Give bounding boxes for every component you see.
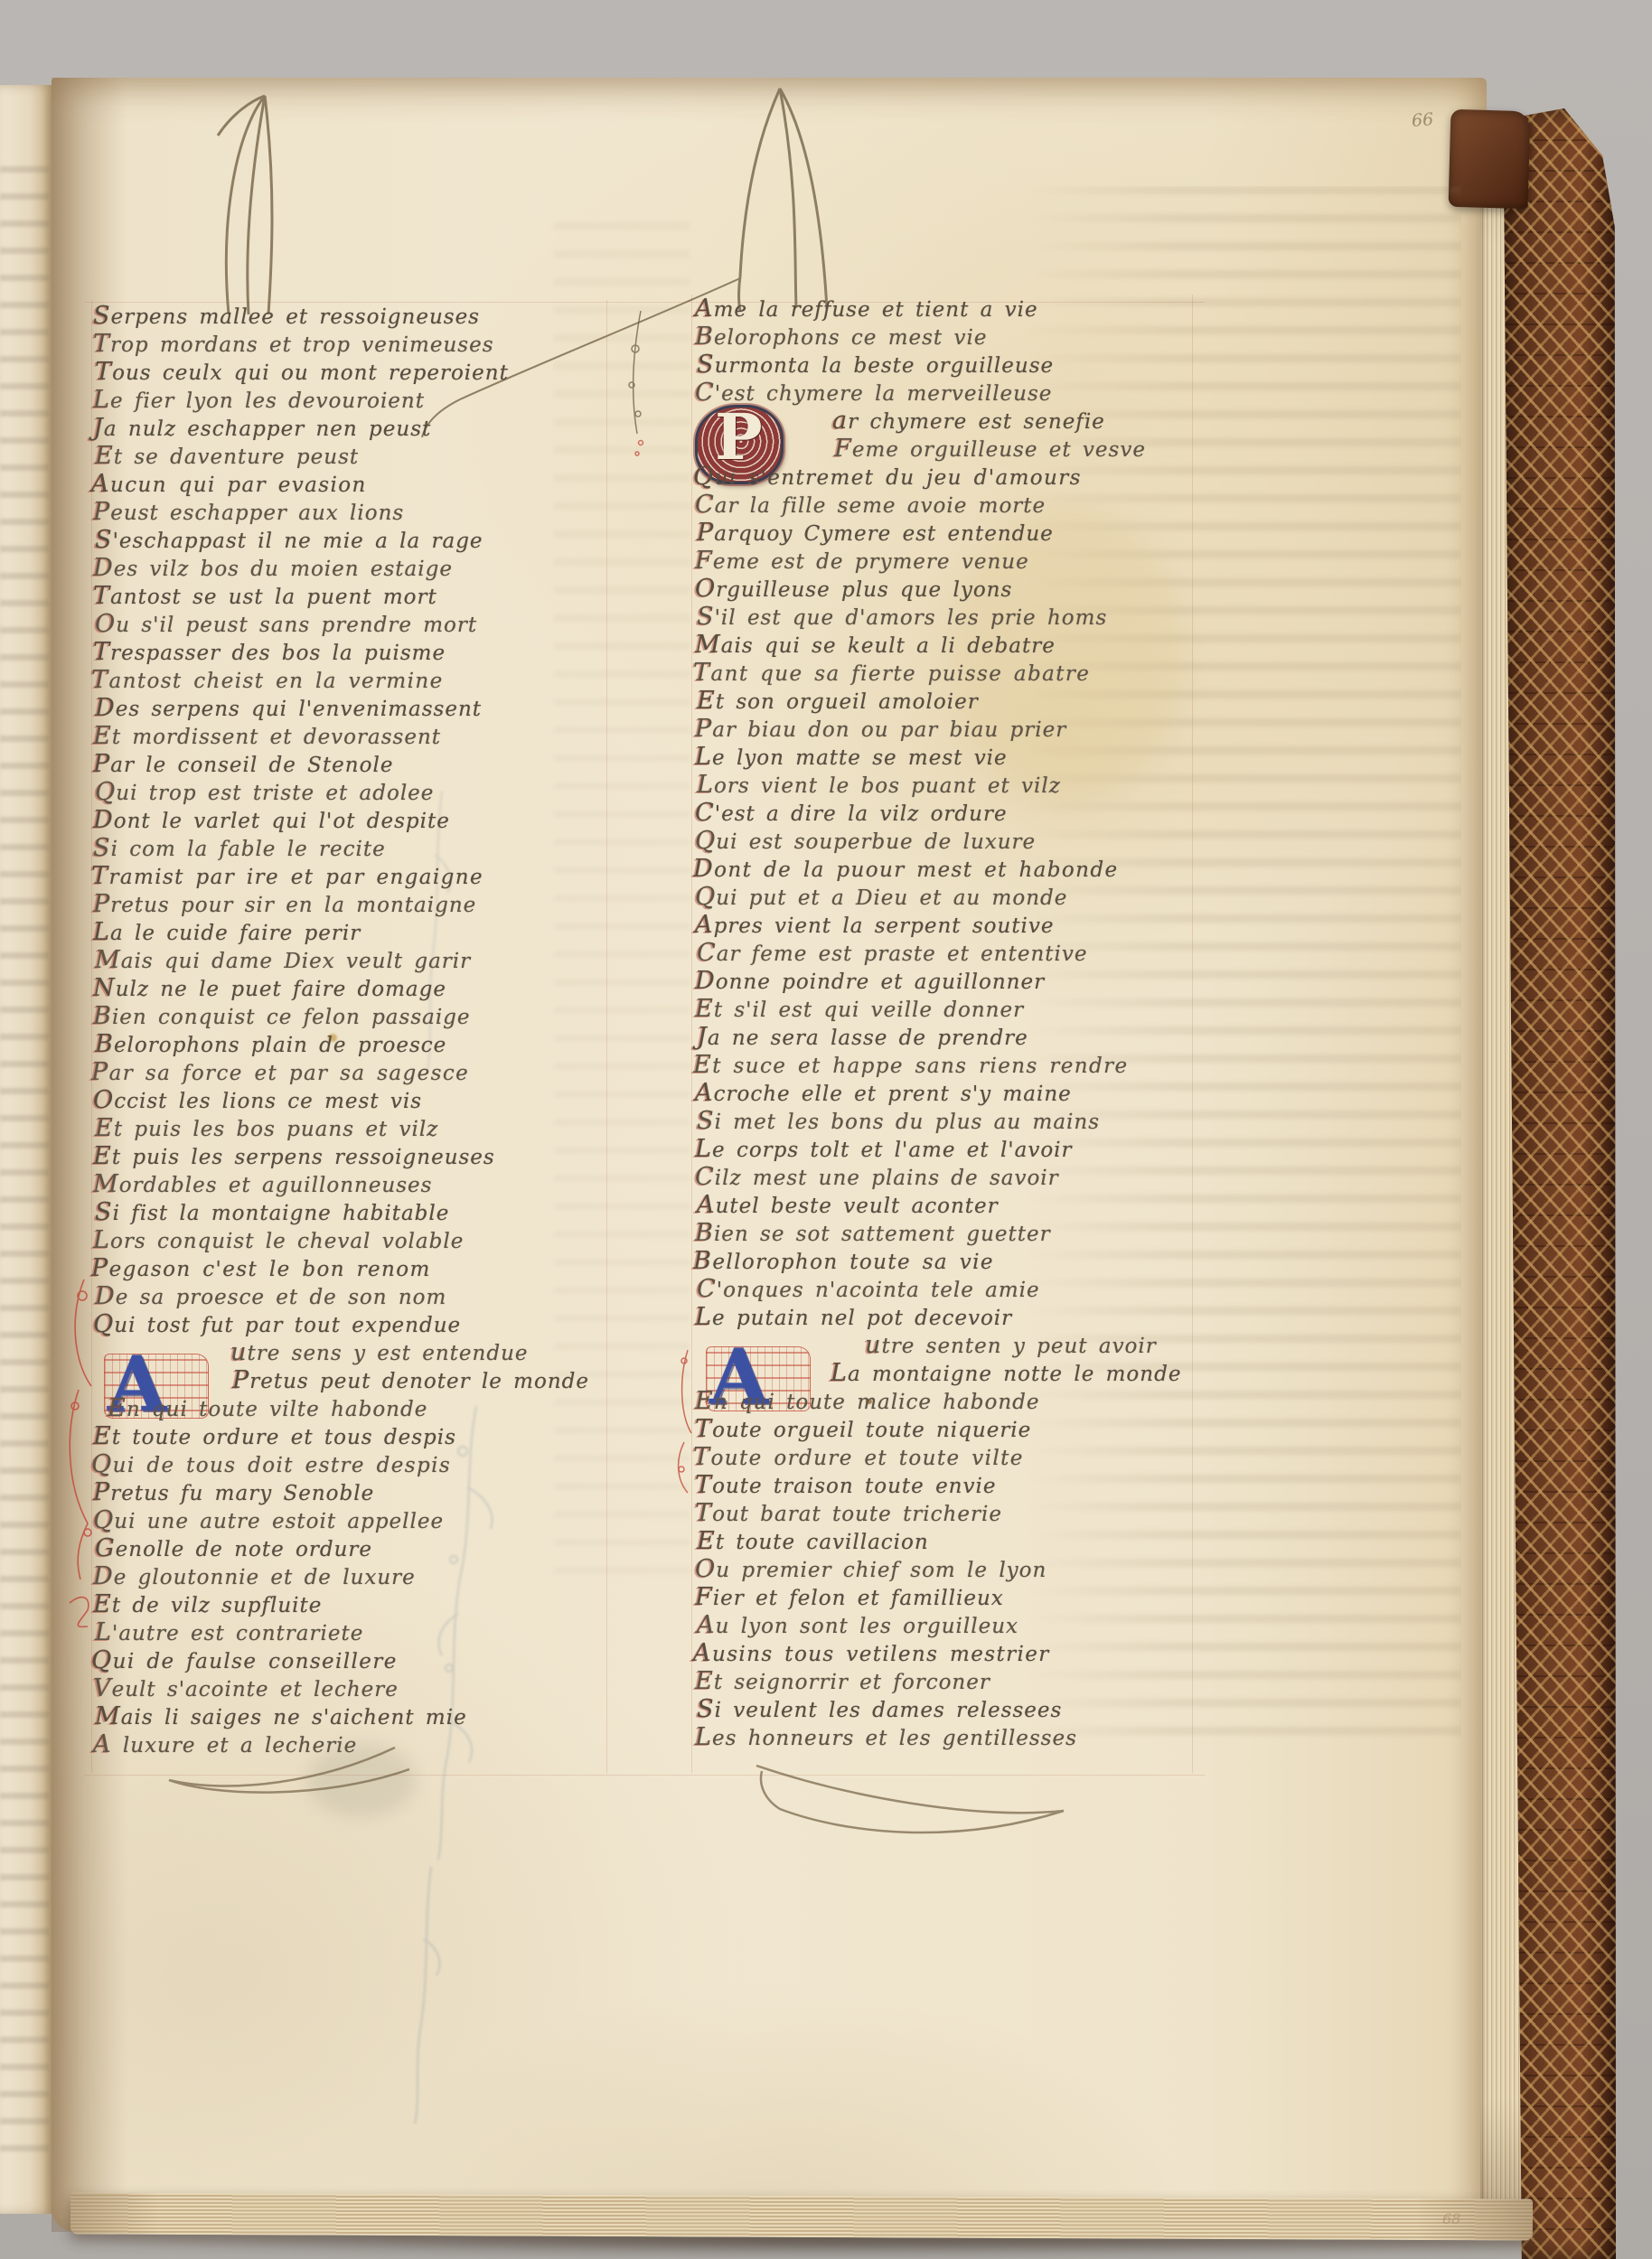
rubricated-initial-letter: F	[695, 1583, 713, 1611]
left-column-text: Serpens mallee et ressoigneusesTrop mord…	[93, 302, 617, 1758]
manuscript-line: De sa proesce et de son nom	[95, 1282, 619, 1310]
rubricated-initial-letter: C	[695, 491, 715, 519]
rubricated-initial-letter: B	[693, 1247, 712, 1275]
rubricated-initial-letter: E	[93, 1422, 112, 1450]
manuscript-line: Si fist la montaigne habitable	[95, 1198, 619, 1226]
rubricated-initial-letter: Q	[95, 778, 116, 806]
manuscript-line: Surmonta la beste orguilleuse	[697, 351, 1221, 379]
manuscript-line: En qui toute vilte habonde	[108, 1394, 617, 1422]
manuscript-line: De gloutonnie et de luxure	[93, 1562, 617, 1590]
manuscript-line: Et de vilz supfluite	[93, 1590, 617, 1618]
manuscript-line: Par sa force et par sa sagesce	[91, 1058, 615, 1086]
manuscript-line: S'il est que d'amors les prie homs	[697, 603, 1221, 631]
manuscript-line: Ja nulz eschapper nen peust	[93, 414, 617, 442]
manuscript-line: Trespasser des bos la puisme	[93, 638, 617, 666]
manuscript-line: Pretus fu mary Senoble	[93, 1478, 617, 1506]
rubricated-initial-letter: E	[693, 1051, 712, 1079]
rubricated-initial-letter: E	[95, 442, 114, 470]
manuscript-line: Pegason c'est le bon renom	[91, 1254, 615, 1282]
manuscript-line: Parquoy Cymere est entendue	[697, 519, 1221, 547]
manuscript-line: La montaigne notte le monde	[831, 1359, 1221, 1387]
folio-number: 66	[1411, 109, 1434, 131]
manuscript-line: Et son orgueil amoloier	[697, 687, 1221, 715]
manuscript-line: Qui put et a Dieu et au monde	[695, 883, 1219, 911]
manuscript-line: Et puis les serpens ressoigneuses	[93, 1142, 617, 1170]
manuscript-line: A luxure et a lecherie	[93, 1730, 617, 1758]
rubricated-initial-letter: P	[93, 890, 110, 918]
manuscript-line: Et suce et happe sans riens rendre	[693, 1051, 1217, 1079]
rubricated-initial-letter: L	[93, 386, 110, 414]
manuscript-line: Les honneurs et les gentillesses	[695, 1723, 1219, 1751]
manuscript-line: Tant que sa fierte puisse abatre	[693, 659, 1217, 687]
rubricated-initial-letter: O	[93, 1086, 114, 1114]
manuscript-line: Le corps tolt et l'ame et l'avoir	[695, 1135, 1219, 1163]
manuscript-line: Dont de la puour mest et habonde	[693, 855, 1217, 883]
rubricated-initial-letter: S	[95, 526, 113, 554]
rubricated-initial-letter: B	[93, 1002, 112, 1030]
rubricated-initial-letter: A	[693, 1639, 712, 1667]
manuscript-line: Qui s'entremet du jeu d'amours	[693, 463, 1217, 491]
rubricated-initial-letter: L	[695, 743, 712, 771]
manuscript-line: Mais qui dame Diex veult garir	[95, 946, 619, 974]
rubricated-initial-letter: S	[697, 351, 715, 379]
rubricated-initial-letter: C	[695, 379, 715, 407]
manuscript-line: C'onques n'acointa tele amie	[697, 1275, 1221, 1303]
rubricated-initial-letter: M	[93, 1170, 119, 1198]
rubricated-initial-letter: L	[695, 1135, 712, 1163]
rubricated-initial-letter: E	[93, 1142, 112, 1170]
manuscript-line: Toute orgueil toute niquerie	[695, 1415, 1219, 1443]
page-stack-bottom-edge	[70, 2192, 1533, 2240]
manuscript-line: Genolle de note ordure	[95, 1534, 619, 1562]
rubricated-initial-letter: O	[95, 610, 116, 638]
rubricated-initial-letter: S	[93, 834, 111, 862]
rubricated-initial-letter: T	[91, 666, 109, 694]
manuscript-line: Ou s'il peust sans prendre mort	[95, 610, 619, 638]
manuscript-line: L'autre est contrariete	[95, 1618, 619, 1646]
manuscript-line: La le cuide faire perir	[93, 918, 617, 946]
ruling-line	[91, 300, 92, 1773]
manuscript-line: Lors vient le bos puant et vilz	[697, 771, 1221, 799]
rubricated-initial-letter: T	[695, 1415, 712, 1443]
manuscript-line: utre sens y est entendue	[230, 1338, 617, 1366]
rubricated-initial-letter: Q	[693, 463, 715, 491]
rubricated-initial-letter: L	[695, 1303, 712, 1331]
rubricated-initial-letter: C	[695, 1163, 715, 1191]
manuscript-line: Tous ceulx qui ou mont reperoient	[95, 358, 619, 386]
manuscript-line: Feme est de prymere venue	[695, 547, 1219, 575]
rubricated-initial-letter: D	[93, 554, 114, 582]
manuscript-line: Donne poindre et aguillonner	[695, 967, 1219, 995]
manuscript-line: Belorophons ce mest vie	[695, 323, 1219, 351]
manuscript-line: Tantost cheist en la vermine	[91, 666, 615, 694]
manuscript-line: Veult s'acointe et lechere	[93, 1674, 617, 1702]
rubricated-initial-letter: L	[695, 1723, 712, 1751]
manuscript-line: ar chymere est senefie	[832, 407, 1219, 435]
rubricated-initial-letter: L	[93, 918, 110, 946]
rubricated-initial-letter: S	[697, 1107, 715, 1135]
rubricated-initial-letter: T	[93, 330, 110, 358]
rubricated-initial-letter: Q	[93, 1506, 114, 1534]
rubricated-initial-letter: C	[697, 1275, 717, 1303]
manuscript-line: Bien conquist ce felon passaige	[93, 1002, 617, 1030]
rubricated-initial-letter: T	[93, 582, 110, 610]
manuscript-line: C'est chymere la merveilleuse	[695, 379, 1219, 407]
rubricated-initial-letter: S	[697, 1695, 715, 1723]
rubricated-initial-letter: T	[91, 862, 109, 890]
manuscript-line: Trop mordans et trop venimeuses	[93, 330, 617, 358]
manuscript-line: Qui trop est triste et adolee	[95, 778, 619, 806]
manuscript-line: Et toute cavillacion	[697, 1527, 1221, 1555]
manuscript-line: Bien se sot sattement guetter	[695, 1219, 1219, 1247]
rubricated-initial-letter: P	[93, 750, 110, 778]
manuscript-line: Qui de faulse conseillere	[91, 1646, 615, 1674]
manuscript-line: Autel beste veult aconter	[697, 1191, 1221, 1219]
rubricated-initial-letter: F	[695, 547, 713, 575]
manuscript-line: Qui tost fut par tout expendue	[93, 1310, 617, 1338]
rubricated-initial-letter: O	[695, 1555, 716, 1583]
rubricated-initial-letter: J	[697, 1023, 708, 1051]
rubricated-initial-letter: B	[695, 323, 714, 351]
manuscript-line: Fier et felon et famillieux	[695, 1583, 1219, 1611]
rubricated-initial-letter: O	[695, 575, 716, 603]
rubricated-initial-letter: P	[91, 1254, 109, 1282]
manuscript-line: Ausins tous vetilens mestrier	[693, 1639, 1217, 1667]
manuscript-line: Au lyon sont les orguilleux	[697, 1611, 1221, 1639]
manuscript-line: Qui de tous doit estre despis	[91, 1450, 615, 1478]
rubricated-initial-letter: a	[832, 407, 848, 435]
rubricated-initial-letter: E	[697, 687, 716, 715]
rubricated-initial-letter: P	[93, 498, 110, 526]
manuscript-line: Tantost se ust la puent mort	[93, 582, 617, 610]
rubricated-initial-letter: E	[697, 1527, 716, 1555]
rubricated-initial-letter: M	[695, 631, 721, 659]
rubricated-initial-letter: E	[108, 1394, 127, 1422]
manuscript-line: Occist les lions ce mest vis	[93, 1086, 617, 1114]
manuscript-line: Serpens mallee et ressoigneuses	[93, 302, 617, 330]
manuscript-line: S'eschappast il ne mie a la rage	[95, 526, 619, 554]
manuscript-line: Lors conquist le cheval volable	[93, 1226, 617, 1254]
rubricated-initial-letter: T	[695, 1499, 712, 1527]
rubricated-initial-letter: Q	[91, 1450, 113, 1478]
rubricated-initial-letter: A	[697, 1191, 716, 1219]
rubricated-initial-letter: S	[95, 1198, 113, 1226]
rubricated-initial-letter: T	[695, 1471, 712, 1499]
manuscript-line: Ou premier chief som le lyon	[695, 1555, 1219, 1583]
manuscript-line: Ja ne sera lasse de prendre	[697, 1023, 1221, 1051]
rubricated-initial-letter: N	[93, 974, 116, 1002]
rubricated-initial-letter: V	[93, 1674, 112, 1702]
rubricated-initial-letter: Q	[695, 827, 716, 855]
rubricated-initial-letter: T	[95, 358, 112, 386]
rubricated-initial-letter: A	[695, 911, 714, 939]
leather-cover-edge	[1504, 108, 1616, 2259]
manuscript-line: Dont le varlet qui l'ot despite	[93, 806, 617, 834]
manuscript-line: Le fier lyon les devouroient	[93, 386, 617, 414]
rubricated-initial-letter: E	[695, 1387, 714, 1415]
rubricated-initial-letter: F	[834, 435, 852, 463]
manuscript-line: Et s'il est qui veille donner	[695, 995, 1219, 1023]
rubricated-initial-letter: S	[697, 603, 715, 631]
rubricated-initial-letter: T	[93, 638, 110, 666]
manuscript-line: Des vilz bos du moien estaige	[93, 554, 617, 582]
rubricated-initial-letter: E	[695, 995, 714, 1023]
rubricated-initial-letter: P	[697, 519, 714, 547]
rubricated-initial-letter: E	[695, 1667, 714, 1695]
rubricated-initial-letter: M	[95, 946, 121, 974]
manuscript-line: Mais qui se keult a li debatre	[695, 631, 1219, 659]
rubricated-initial-letter: A	[93, 1730, 112, 1758]
rubricated-initial-letter: E	[95, 1114, 114, 1142]
manuscript-line: Cilz mest une plains de savoir	[695, 1163, 1219, 1191]
rubricated-initial-letter: P	[93, 1478, 110, 1506]
rubricated-initial-letter: D	[93, 1562, 114, 1590]
manuscript-line: Nulz ne le puet faire domage	[93, 974, 617, 1002]
manuscript-line: Mais li saiges ne s'aichent mie	[95, 1702, 619, 1730]
manuscript-line: Le putain nel pot decevoir	[695, 1303, 1219, 1331]
manuscript-line: Et se daventure peust	[95, 442, 619, 470]
rubricated-initial-letter: L	[93, 1226, 110, 1254]
rubricated-initial-letter: Q	[91, 1646, 113, 1674]
rubricated-initial-letter: D	[693, 855, 714, 883]
rubricated-initial-letter: Q	[93, 1310, 114, 1338]
manuscript-line: Qui est souperbue de luxure	[695, 827, 1219, 855]
rubricated-initial-letter: A	[695, 295, 714, 323]
manuscript-line: Car la fille seme avoie morte	[695, 491, 1219, 519]
manuscript-line: Le lyon matte se mest vie	[695, 743, 1219, 771]
rubricated-initial-letter: M	[95, 1702, 121, 1730]
manuscript-line: Toute traison toute envie	[695, 1471, 1219, 1499]
manuscript-line: Si veulent les dames relessees	[697, 1695, 1221, 1723]
rubricated-initial-letter: L	[95, 1618, 112, 1646]
rubricated-initial-letter: S	[93, 302, 111, 330]
manuscript-line: C'est a dire la vilz ordure	[695, 799, 1219, 827]
rubricated-initial-letter: E	[93, 1590, 112, 1618]
manuscript-line: Orguilleuse plus que lyons	[695, 575, 1219, 603]
rubricated-initial-letter: L	[697, 771, 714, 799]
opposite-page-edge	[0, 85, 52, 2214]
rubricated-initial-letter: A	[697, 1611, 716, 1639]
rubricated-initial-letter: C	[697, 939, 717, 967]
manuscript-line: Si met les bons du plus au mains	[697, 1107, 1221, 1135]
manuscript-line: Car feme est praste et ententive	[697, 939, 1221, 967]
manuscript-line: Tout barat toute tricherie	[695, 1499, 1219, 1527]
rubricated-initial-letter: P	[232, 1366, 249, 1394]
manuscript-line: Toute ordure et toute vilte	[693, 1443, 1217, 1471]
rubricated-initial-letter: P	[91, 1058, 109, 1086]
rubricated-initial-letter: D	[95, 1282, 116, 1310]
manuscript-line: Et seignorrir et forconer	[695, 1667, 1219, 1695]
rubricated-initial-letter: Q	[695, 883, 716, 911]
manuscript-line: Ame la reffuse et tient a vie	[695, 295, 1219, 323]
manuscript-line: Peust eschapper aux lions	[93, 498, 617, 526]
rubricated-initial-letter: u	[230, 1338, 247, 1366]
rubricated-initial-letter: B	[95, 1030, 114, 1058]
manuscript-line: Acroche elle et prent s'y maine	[695, 1079, 1219, 1107]
rubricated-initial-letter: E	[93, 722, 112, 750]
manuscript-line: Des serpens qui l'envenimassent	[95, 694, 619, 722]
rubricated-initial-letter: D	[95, 694, 116, 722]
ruling-line	[691, 295, 692, 1773]
manuscript-line: En qui toute malice habonde	[695, 1387, 1219, 1415]
rubricated-initial-letter: B	[695, 1219, 714, 1247]
manuscript-line: Et toute ordure et tous despis	[93, 1422, 617, 1450]
manuscript-line: Qui une autre estoit appellee	[93, 1506, 617, 1534]
manuscript-line: Belorophons plain de proesce	[95, 1030, 619, 1058]
rubricated-initial-letter: u	[865, 1331, 881, 1359]
manuscript-line: Par le conseil de Stenole	[93, 750, 617, 778]
rubricated-initial-letter: D	[93, 806, 114, 834]
manuscript-line: Pretus peut denoter le monde	[232, 1366, 619, 1394]
manuscript-line: utre senten y peut avoir	[865, 1331, 1219, 1359]
rubricated-initial-letter: T	[693, 1443, 711, 1471]
right-column-text: Ame la reffuse et tient a vieBelorophons…	[695, 295, 1219, 1751]
manuscript-line: Feme orguilleuse et vesve	[834, 435, 1221, 463]
rubricated-initial-letter: C	[695, 799, 715, 827]
rubricated-initial-letter: A	[91, 470, 110, 498]
rubricated-initial-letter: T	[693, 659, 711, 687]
manuscript-line: Pretus pour sir en la montaigne	[93, 890, 617, 918]
manuscript-line: Aucun qui par evasion	[91, 470, 615, 498]
manuscript-line: Tramist par ire et par engaigne	[91, 862, 615, 890]
ruling-line	[84, 1775, 1205, 1776]
rubricated-initial-letter: J	[93, 414, 104, 442]
rubricated-initial-letter: D	[695, 967, 716, 995]
rubricated-initial-letter: L	[831, 1359, 848, 1387]
rubricated-initial-letter: G	[95, 1534, 116, 1562]
manuscript-photo: A P A Serpens mallee et ressoigneusesTro…	[0, 0, 1652, 2259]
manuscript-line: Et mordissent et devorassent	[93, 722, 617, 750]
manuscript-line: Et puis les bos puans et vilz	[95, 1114, 619, 1142]
manuscript-line: Mordables et aguillonneuses	[93, 1170, 617, 1198]
manuscript-line: Apres vient la serpent soutive	[695, 911, 1219, 939]
rubricated-initial-letter: P	[695, 715, 712, 743]
manuscript-line: Si com la fable le recite	[93, 834, 617, 862]
manuscript-line: Par biau don ou par biau prier	[695, 715, 1219, 743]
corner-folio-number: 68	[1442, 2210, 1460, 2227]
rubricated-initial-letter: A	[695, 1079, 714, 1107]
manuscript-line: Bellorophon toute sa vie	[693, 1247, 1217, 1275]
